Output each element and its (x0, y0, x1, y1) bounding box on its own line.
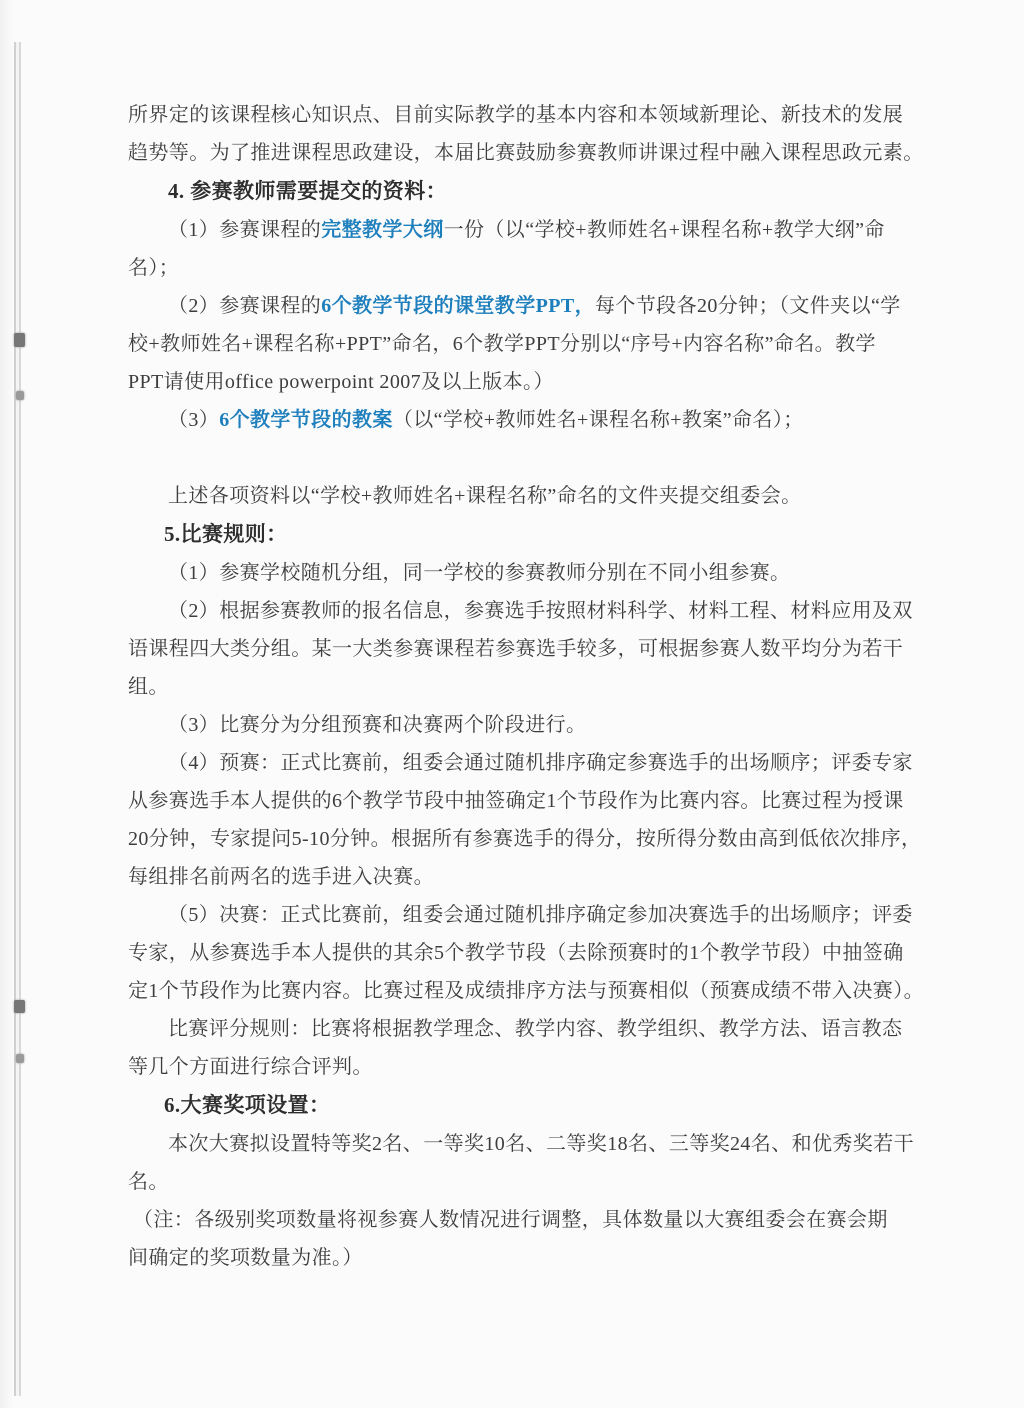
text-run: 定1个节段作为比赛内容。比赛过程及成绩排序方法与预赛相似（预赛成绩不带入决赛）。 (128, 980, 924, 1002)
text-run: 名）； (128, 257, 179, 279)
text-line: 4. 参赛教师需要提交的资料： (128, 172, 914, 211)
text-run: 从参赛选手本人提供的6个教学节段中抽签确定1个节段作为比赛内容。比赛过程为授课 (128, 790, 904, 812)
text-line: 校+教师姓名+课程名称+PPT”命名，6个教学PPT分别以“序号+内容名称”命名… (128, 325, 914, 363)
scanned-document-page: 所界定的该课程核心知识点、目前实际教学的基本内容和本领域新理论、新技术的发展趋势… (0, 0, 1024, 1408)
text-run: 本次大赛拟设置特等奖2名、一等奖10名、二等奖18名、三等奖24名、和优秀奖若干 (168, 1133, 914, 1155)
text-line: （3）6个教学节段的教案（以“学校+教师姓名+课程名称+教案”命名）； (128, 401, 914, 439)
highlighted-term: 6个教学节段的课堂教学PPT， (321, 295, 595, 317)
text-line: （注：各级别奖项数量将视参赛人数情况进行调整，具体数量以大赛组委会在赛会期 (128, 1201, 914, 1239)
text-run: （注：各级别奖项数量将视参赛人数情况进行调整，具体数量以大赛组委会在赛会期 (133, 1209, 888, 1231)
text-line: 专家，从参赛选手本人提供的其余5个教学节段（去除预赛时的1个教学节段）中抽签确 (128, 934, 914, 972)
text-run: 间确定的奖项数量为准。） (128, 1247, 363, 1269)
text-line: 定1个节段作为比赛内容。比赛过程及成绩排序方法与预赛相似（预赛成绩不带入决赛）。 (128, 972, 914, 1010)
text-run: 校+教师姓名+课程名称+PPT”命名，6个教学PPT分别以“序号+内容名称”命名… (128, 333, 876, 355)
document-body: 所界定的该课程核心知识点、目前实际教学的基本内容和本领域新理论、新技术的发展趋势… (128, 96, 914, 1277)
scan-artifact (14, 333, 25, 347)
text-run: （2）参赛课程的 (168, 295, 321, 317)
text-line: PPT请使用office powerpoint 2007及以上版本。） (128, 363, 914, 401)
text-line: 等几个方面进行综合评判。 (128, 1048, 914, 1086)
text-line: （3）比赛分为分组预赛和决赛两个阶段进行。 (128, 706, 914, 744)
scan-binding-edge (14, 42, 21, 1396)
text-run: （1）参赛学校随机分组，同一学校的参赛教师分别在不同小组参赛。 (168, 562, 790, 584)
text-line: 名）； (128, 249, 914, 287)
text-run: 语课程四大类分组。某一大类参赛课程若参赛选手较多，可根据参赛人数平均分为若干 (128, 638, 903, 660)
text-run: 每个节段各20分钟；（文件夹以“学 (595, 295, 901, 317)
text-run: PPT请使用office powerpoint 2007及以上版本。） (128, 371, 554, 393)
text-line: 6.大赛奖项设置： (128, 1086, 914, 1125)
text-run: 5.比赛规则： (164, 522, 288, 546)
text-line: 语课程四大类分组。某一大类参赛课程若参赛选手较多，可根据参赛人数平均分为若干 (128, 630, 914, 668)
text-line: （2）参赛课程的6个教学节段的课堂教学PPT，每个节段各20分钟；（文件夹以“学 (128, 287, 914, 325)
text-run: （4）预赛：正式比赛前，组委会通过随机排序确定参赛选手的出场顺序；评委专家 (168, 752, 913, 774)
scan-artifact (14, 1000, 25, 1013)
text-run: （1）参赛课程的 (168, 219, 321, 241)
scan-artifact (16, 391, 24, 400)
text-line: 名。 (128, 1163, 914, 1201)
text-line: 5.比赛规则： (128, 515, 914, 554)
text-line: 组。 (128, 668, 914, 706)
text-run: （3） (168, 409, 219, 431)
text-run: 6.大赛奖项设置： (164, 1093, 330, 1117)
text-line: 20分钟，专家提问5-10分钟。根据所有参赛选手的得分，按所得分数由高到低依次排… (128, 820, 914, 858)
text-line: （1）参赛课程的完整教学大纲一份（以“学校+教师姓名+课程名称+教学大纲”命 (128, 211, 914, 249)
text-run: 比赛评分规则：比赛将根据教学理念、教学内容、教学组织、教学方法、语言教态 (168, 1018, 902, 1040)
text-run: （5）决赛：正式比赛前，组委会通过随机排序确定参加决赛选手的出场顺序；评委 (168, 904, 913, 926)
blank-line (128, 439, 914, 477)
text-run: 组。 (128, 676, 169, 698)
text-run: （2）根据参赛教师的报名信息，参赛选手按照材料科学、材料工程、材料应用及双 (168, 600, 913, 622)
highlighted-term: 完整教学大纲 (321, 219, 443, 241)
text-line: 上述各项资料以“学校+教师姓名+课程名称”命名的文件夹提交组委会。 (128, 477, 914, 515)
text-line: 比赛评分规则：比赛将根据教学理念、教学内容、教学组织、教学方法、语言教态 (128, 1010, 914, 1048)
text-line: （1）参赛学校随机分组，同一学校的参赛教师分别在不同小组参赛。 (128, 554, 914, 592)
highlighted-term: 6个教学节段的教案 (219, 409, 393, 431)
scan-artifact (16, 1054, 24, 1063)
text-line: 本次大赛拟设置特等奖2名、一等奖10名、二等奖18名、三等奖24名、和优秀奖若干 (128, 1125, 914, 1163)
text-run: 等几个方面进行综合评判。 (128, 1056, 373, 1078)
text-run: （以“学校+教师姓名+课程名称+教案”命名）； (393, 409, 804, 431)
text-run: 上述各项资料以“学校+教师姓名+课程名称”命名的文件夹提交组委会。 (168, 485, 802, 507)
text-line: 每组排名前两名的选手进入决赛。 (128, 858, 914, 896)
text-run: 专家，从参赛选手本人提供的其余5个教学节段（去除预赛时的1个教学节段）中抽签确 (128, 942, 904, 964)
text-run: 名。 (128, 1171, 169, 1193)
text-line: （5）决赛：正式比赛前，组委会通过随机排序确定参加决赛选手的出场顺序；评委 (128, 896, 914, 934)
text-line: 趋势等。为了推进课程思政建设，本届比赛鼓励参赛教师讲课过程中融入课程思政元素。 (128, 134, 914, 172)
text-run: 趋势等。为了推进课程思政建设，本届比赛鼓励参赛教师讲课过程中融入课程思政元素。 (128, 142, 924, 164)
text-line: 所界定的该课程核心知识点、目前实际教学的基本内容和本领域新理论、新技术的发展 (128, 96, 914, 134)
text-line: 间确定的奖项数量为准。） (128, 1239, 914, 1277)
text-run: 20分钟，专家提问5-10分钟。根据所有参赛选手的得分，按所得分数由高到低依次排… (128, 828, 921, 850)
text-run: 一份（以“学校+教师姓名+课程名称+教学大纲”命 (444, 219, 885, 241)
text-run: 每组排名前两名的选手进入决赛。 (128, 866, 434, 888)
text-run: 4. 参赛教师需要提交的资料： (168, 179, 447, 203)
text-line: （2）根据参赛教师的报名信息，参赛选手按照材料科学、材料工程、材料应用及双 (128, 592, 914, 630)
text-line: 从参赛选手本人提供的6个教学节段中抽签确定1个节段作为比赛内容。比赛过程为授课 (128, 782, 914, 820)
text-run: （3）比赛分为分组预赛和决赛两个阶段进行。 (168, 714, 586, 736)
text-line: （4）预赛：正式比赛前，组委会通过随机排序确定参赛选手的出场顺序；评委专家 (128, 744, 914, 782)
text-run: 所界定的该课程核心知识点、目前实际教学的基本内容和本领域新理论、新技术的发展 (128, 104, 903, 126)
